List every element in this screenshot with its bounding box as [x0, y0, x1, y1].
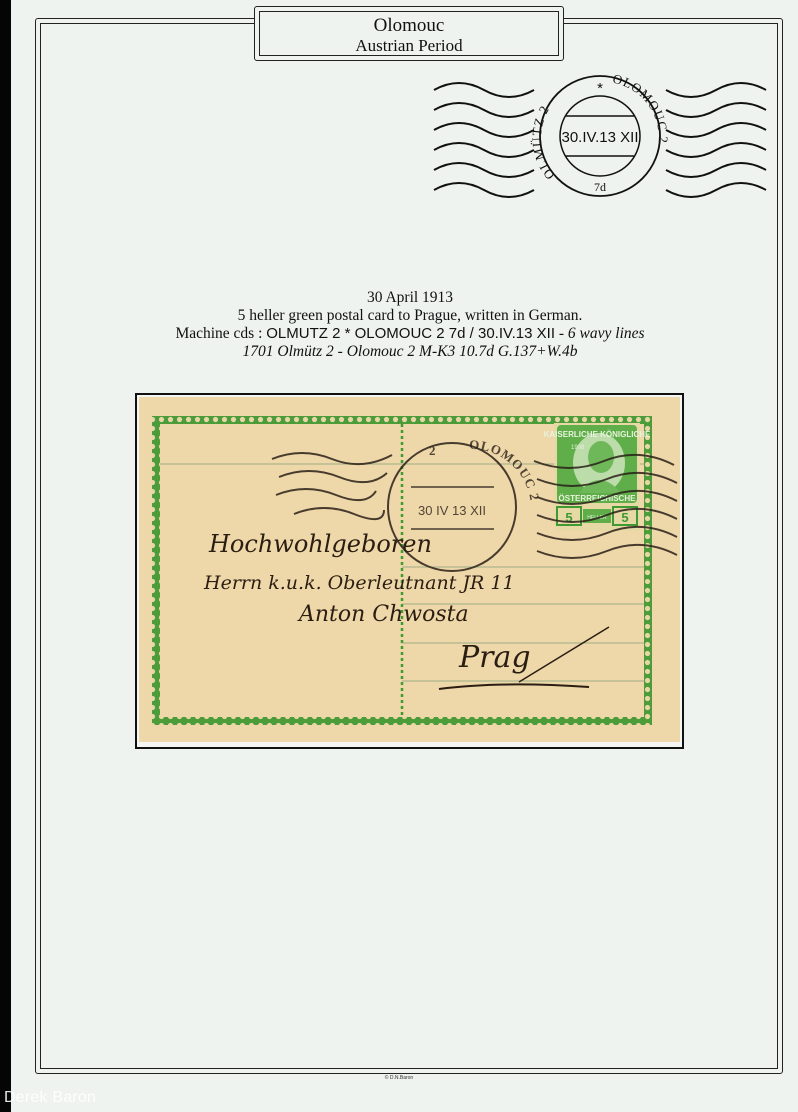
- description-catalogue-ref: 1701 Olmütz 2 - Olomouc 2 M-K3 10.7d G.1…: [80, 343, 740, 361]
- svg-text:Hochwohlgeboren: Hochwohlgeboren: [208, 530, 432, 558]
- svg-text:*: *: [597, 80, 603, 97]
- copyright-note: © D.N.Baron: [0, 1075, 798, 1081]
- item-description: 30 April 1913 5 heller green postal card…: [80, 289, 740, 361]
- svg-text:Anton Chwosta: Anton Chwosta: [297, 602, 469, 627]
- svg-text:7d: 7d: [594, 180, 606, 194]
- watermark: Derek Baron: [4, 1089, 96, 1107]
- svg-text:30 IV 13 XII: 30 IV 13 XII: [418, 503, 486, 518]
- postal-card: KAISERLICHE KÖNIGLICHE ÖSTERREICHISCHE 1…: [139, 397, 680, 742]
- svg-text:KAISERLICHE KÖNIGLICHE: KAISERLICHE KÖNIGLICHE: [544, 430, 651, 439]
- wavy-lines-left: [434, 83, 534, 197]
- circular-date-stamp: OLMÜTZ 2 OLOMOUC 2 * 30.IV.13 XII 7d: [529, 71, 671, 196]
- scan-edge: [0, 0, 11, 1112]
- description-date: 30 April 1913: [80, 289, 740, 307]
- page-subtitle: Austrian Period: [260, 36, 558, 55]
- svg-text:Herrn k.u.k. Oberleutnant JR 1: Herrn k.u.k. Oberleutnant JR 11: [203, 572, 515, 594]
- svg-text:5: 5: [621, 510, 628, 525]
- svg-text:ÖSTERREICHISCHE: ÖSTERREICHISCHE: [559, 494, 637, 503]
- postal-card-image: KAISERLICHE KÖNIGLICHE ÖSTERREICHISCHE 1…: [139, 397, 680, 742]
- svg-text:1908: 1908: [571, 445, 585, 451]
- imprinted-stamp: KAISERLICHE KÖNIGLICHE ÖSTERREICHISCHE 1…: [544, 423, 651, 531]
- svg-text:Prag: Prag: [458, 640, 531, 675]
- handwritten-address: Hochwohlgeboren Herrn k.u.k. Oberleutnan…: [203, 530, 531, 675]
- page-title: Olomouc: [260, 16, 558, 36]
- description-cancel: Machine cds : OLMUTZ 2 * OLOMOUC 2 7d / …: [80, 325, 740, 343]
- postmark-illustration: OLMÜTZ 2 OLOMOUC 2 * 30.IV.13 XII 7d: [430, 70, 770, 205]
- wavy-lines-right: [666, 83, 766, 197]
- cancel-inscription: OLMUTZ 2 * OLOMOUC 2 7d / 30.IV.13 XII: [266, 325, 555, 342]
- description-card-type: 5 heller green postal card to Prague, wr…: [80, 307, 740, 325]
- svg-text:30.IV.13 XII: 30.IV.13 XII: [561, 129, 638, 146]
- svg-text:2: 2: [429, 443, 436, 458]
- svg-text:OLOMOUC 2: OLOMOUC 2: [469, 437, 543, 502]
- page-title-box: Olomouc Austrian Period: [254, 6, 564, 61]
